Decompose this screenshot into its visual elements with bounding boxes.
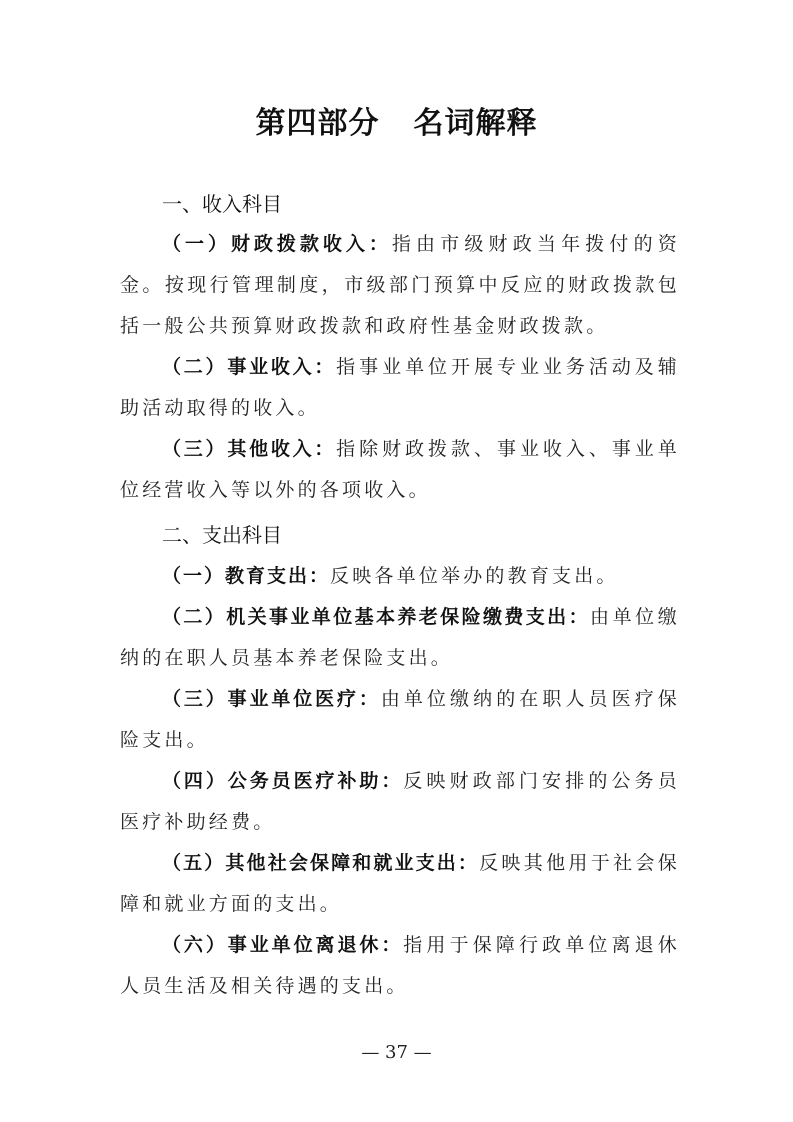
page-title: 第四部分名词解释	[0, 98, 793, 142]
definition-term: （一）教育支出：	[162, 565, 330, 587]
definition-term: （五）其他社会保障和就业支出：	[162, 852, 479, 874]
page-number: — 37 —	[0, 1042, 793, 1063]
section-heading-expenditure: 二、支出科目	[162, 519, 282, 548]
definition-item: （三）其他收入：指除财政拨款、事业收入、事业单位经营收入等以外的各项收入。	[120, 429, 680, 511]
definition-term: （二）机关事业单位基本养老保险缴费支出：	[162, 606, 590, 628]
definition-term: （二）事业收入：	[162, 356, 336, 378]
definition-text: 反映各单位举办的教育支出。	[330, 565, 619, 587]
definition-term: （三）事业单位医疗：	[162, 688, 381, 710]
definition-term: （三）其他收入：	[162, 438, 336, 460]
definition-term: （一）财政拨款收入：	[162, 233, 392, 255]
definition-item: （一）教育支出：反映各单位举办的教育支出。	[120, 556, 680, 597]
definition-item: （五）其他社会保障和就业支出：反映其他用于社会保障和就业方面的支出。	[120, 843, 680, 925]
definition-item: （二）机关事业单位基本养老保险缴费支出：由单位缴纳的在职人员基本养老保险支出。	[120, 597, 680, 679]
definition-item: （三）事业单位医疗：由单位缴纳的在职人员医疗保险支出。	[120, 679, 680, 761]
definition-term: （四）公务员医疗补助：	[162, 770, 403, 792]
definition-term: （六）事业单位离退休：	[162, 934, 403, 956]
definition-item: （六）事业单位离退休：指用于保障行政单位离退休人员生活及相关待遇的支出。	[120, 925, 680, 1007]
definition-item: （二）事业收入：指事业单位开展专业业务活动及辅助活动取得的收入。	[120, 347, 680, 429]
definition-item: （一）财政拨款收入：指由市级财政当年拨付的资金。按现行管理制度，市级部门预算中反…	[120, 224, 680, 347]
definition-item: （四）公务员医疗补助：反映财政部门安排的公务员医疗补助经费。	[120, 761, 680, 843]
title-part: 第四部分	[256, 106, 380, 141]
title-name: 名词解释	[414, 106, 538, 141]
section-heading-income: 一、收入科目	[162, 188, 282, 217]
